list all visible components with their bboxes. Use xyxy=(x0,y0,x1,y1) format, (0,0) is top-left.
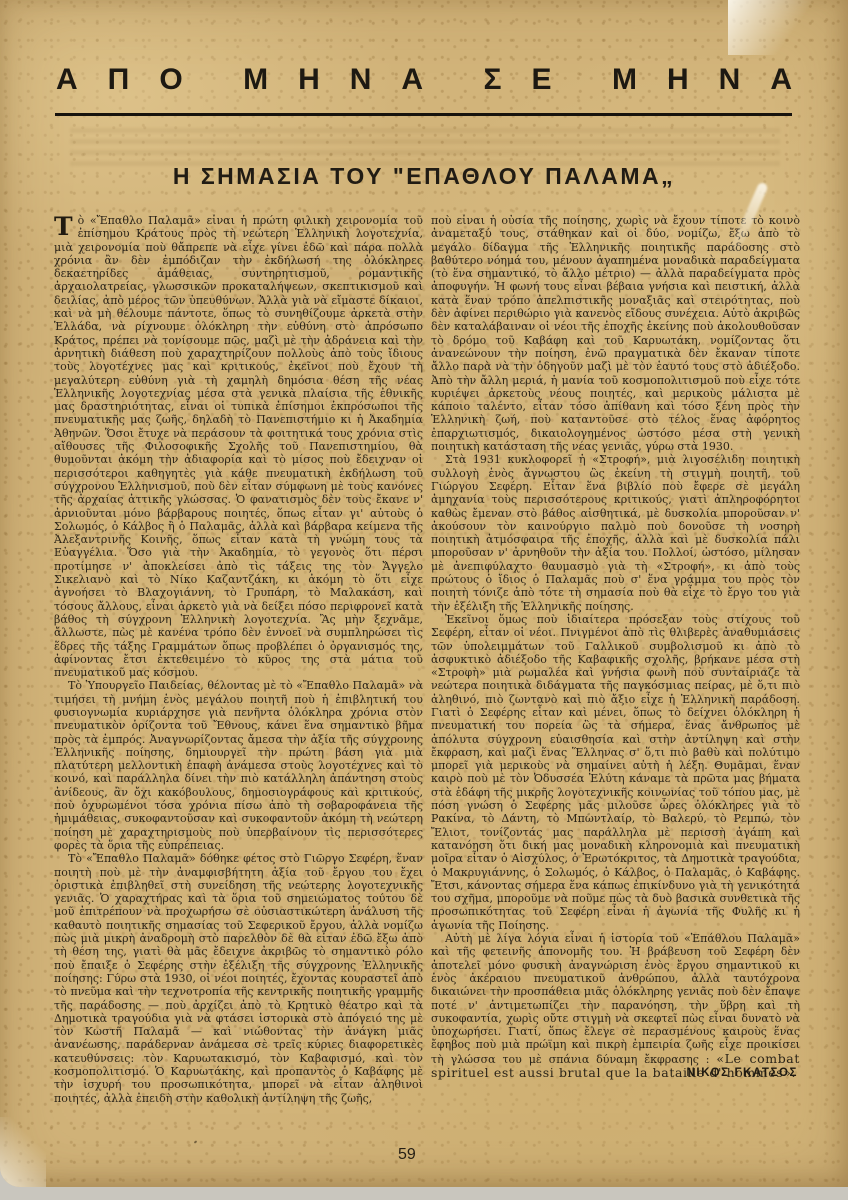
section-header: ΑΠΟ ΜΗΝΑ ΣΕ ΜΗΝΑ xyxy=(56,63,792,97)
drop-cap: Τ xyxy=(54,214,78,238)
paper-corner-bottom-left xyxy=(0,1117,46,1187)
paragraph-text: ποὺ εἶναι ἡ οὐσία τῆς ποίησης, χωρὶς νὰ … xyxy=(431,214,800,453)
article-body: Τὸ «Ἔπαθλο Παλαμᾶ» εἶναι ἡ πρώτη φιλικὴ … xyxy=(54,214,800,1134)
header-word: ΣΕ xyxy=(484,63,582,97)
header-word: ΑΠΟ xyxy=(56,63,213,97)
left-column: Τὸ «Ἔπαθλο Παλαμᾶ» εἶναι ἡ πρώτη φιλικὴ … xyxy=(54,214,423,1134)
paragraph-text: Ἐκεῖνοι ὅμως ποὺ ἰδιαίτερα πρόσεξαν τοὺς… xyxy=(431,613,800,932)
page-number: 59 xyxy=(398,1146,416,1164)
paragraph-text: ὸ «Ἔπαθλο Παλαμᾶ» εἶναι ἡ πρώτη φιλικὴ χ… xyxy=(54,214,423,679)
paragraph-text: Αὐτὴ μὲ λίγα λόγια εἶναι ἡ ἱστορία τοῦ «… xyxy=(431,932,800,1066)
paper-specks xyxy=(194,1140,198,1143)
article-title: Η ΣΗΜΑΣΙΑ ΤΟΥ "ΕΠΑΘΛΟΥ ΠΑΛΑΜΑ„ xyxy=(0,163,848,190)
paper-crease-top-right xyxy=(728,0,848,55)
right-column: ποὺ εἶναι ἡ οὐσία τῆς ποίησης, χωρὶς νὰ … xyxy=(431,214,800,1134)
paragraph-text: Τὸ Ὑπουργεῖο Παιδείας, θέλοντας μὲ τὸ «Ἔ… xyxy=(54,679,423,852)
paragraph-text: Στὰ 1931 κυκλοφορεῖ ἡ «Στροφή», μιὰ λιγο… xyxy=(431,453,800,613)
header-rule xyxy=(55,113,792,116)
header-word: ΜΗΝΑ xyxy=(243,63,453,97)
paragraph-text: Τὸ «Ἔπαθλο Παλαμᾶ» δόθηκε φέτος στὸ Γιῶρ… xyxy=(54,852,423,1105)
magazine-page: ΑΠΟ ΜΗΝΑ ΣΕ ΜΗΝΑ Η ΣΗΜΑΣΙΑ ΤΟΥ "ΕΠΑΘΛΟΥ … xyxy=(0,0,848,1187)
header-word: ΜΗΝΑ xyxy=(612,63,822,97)
